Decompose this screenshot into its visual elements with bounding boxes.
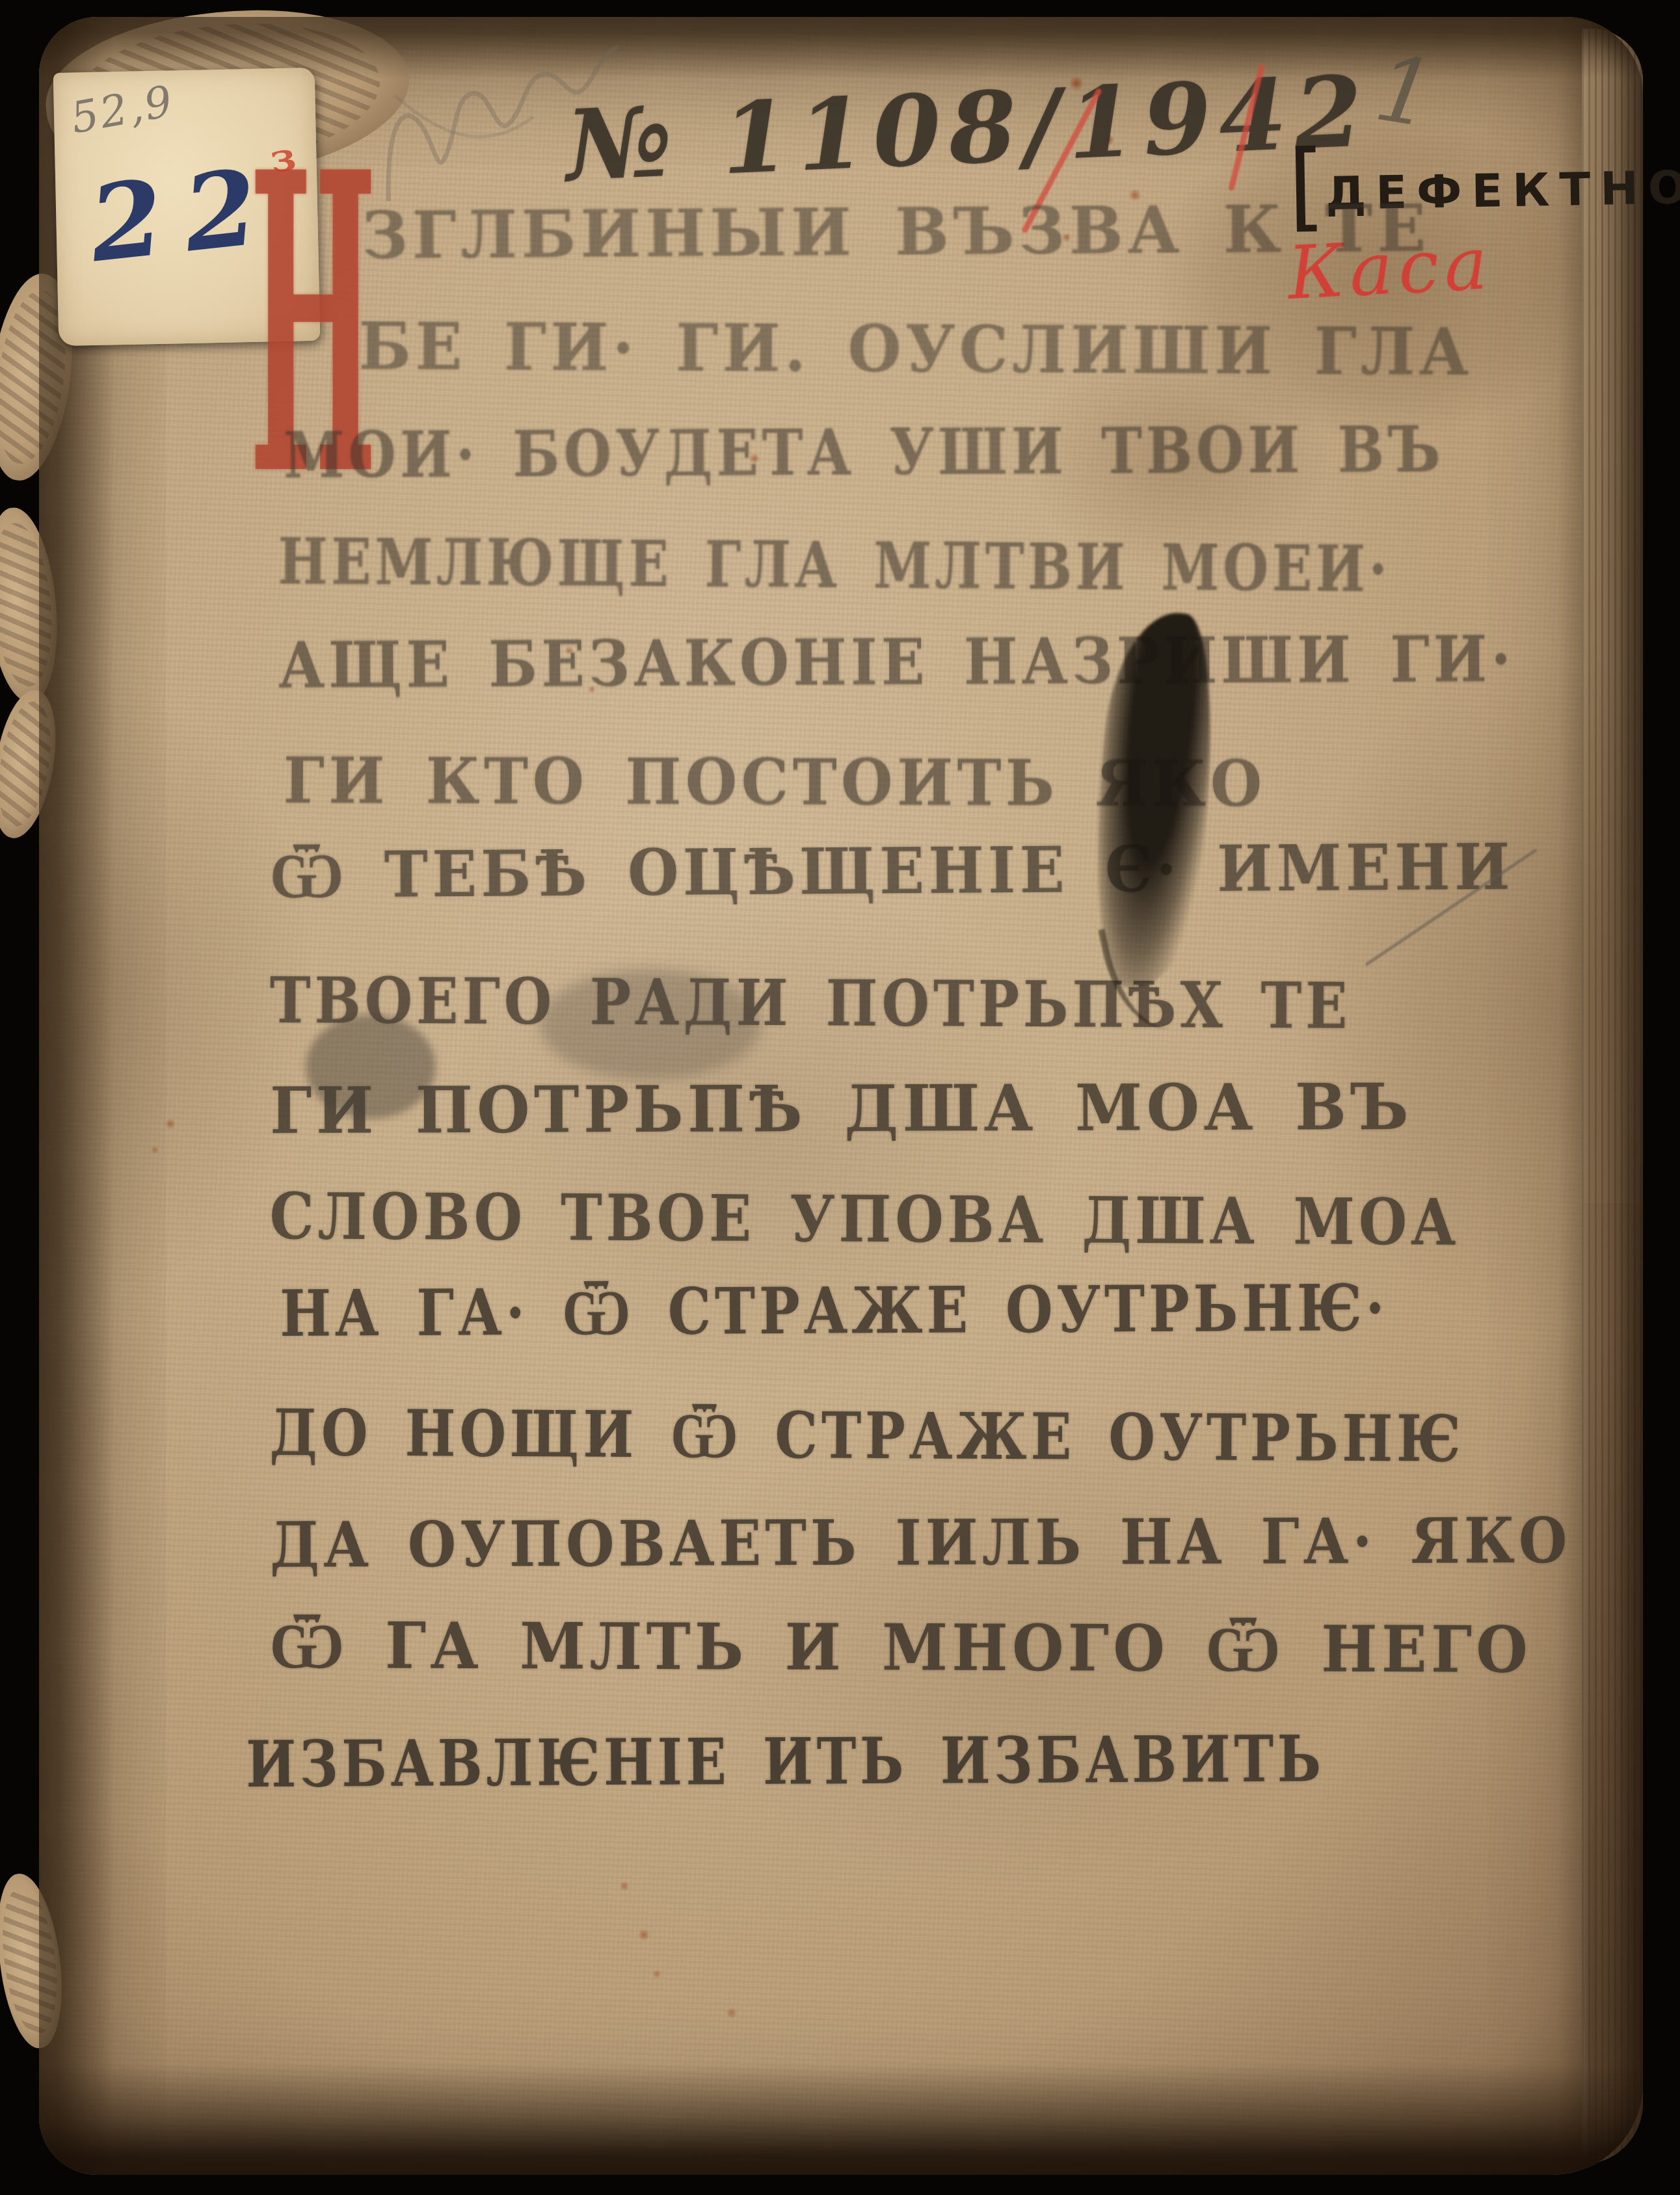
manuscript-line: АЩЕ БЕЗАКОНІЕ НАЗРИШИ ГИ·	[278, 628, 1515, 698]
manuscript-line: СЛОВО ТВОЕ УПОВА ДША МОА	[269, 1185, 1460, 1255]
binding-thread-loop	[0, 505, 64, 705]
binding-thread-loop	[0, 1870, 70, 2051]
manuscript-line: Ѿ ГА МЛТЬ И МНОГО Ѿ НЕГО	[270, 1614, 1532, 1683]
shelfmark-pencil: 52,9	[67, 76, 178, 144]
manuscript-line: ИЗБАВЛѤНІЕ ИТЬ ИЗБАВИТЬ	[246, 1727, 1325, 1797]
accession-number: № 1108/1942	[564, 54, 1373, 204]
manuscript-line: НА ГА· Ѿ СТРАЖЕ ОУТРЬНѤ·	[280, 1277, 1389, 1346]
manuscript-line: ДА ОУПОВАЕТЬ ІИЛЬ НА ГА· ЯКО	[270, 1510, 1571, 1576]
book-fore-edge	[1582, 29, 1643, 2164]
manuscript-line: ЗГЛБИНЫИ ВЪЗВА К ТЕ	[362, 196, 1430, 268]
manuscript-page: 52,9 22 № 1108/1942 [ДЕФЕКТНО] 1 Каса Н …	[39, 17, 1643, 2175]
binding-thread-loop	[0, 685, 66, 843]
manuscript-line: ДО НОЩИ Ѿ СТРАЖЕ ОУТРЬНѤ	[269, 1402, 1464, 1472]
manuscript-line: ТВОЕГО РАДИ ПОТРЬПѢХ ТЕ	[269, 969, 1351, 1039]
manuscript-line: НЕМЛЮЩЕ ГЛА МЛТВИ МОЕИ·	[278, 530, 1391, 602]
manuscript-line: БЕ ГИ· ГИ. ОУСЛИШИ ГЛА	[358, 313, 1473, 384]
manuscript-line: МОИ· БОУДЕТА УШИ ТВОИ ВЪ	[284, 418, 1445, 488]
photo-of-manuscript: { "palette": { "background": "#060504", …	[0, 0, 1680, 2195]
manuscript-line: Ѿ ТЕБѢ ОЦѢЩЕНІЕ Є· ИМЕНИ	[270, 836, 1514, 908]
manuscript-line: ГИ ПОТРЬПѢ ДША МОА ВЪ	[270, 1076, 1413, 1143]
